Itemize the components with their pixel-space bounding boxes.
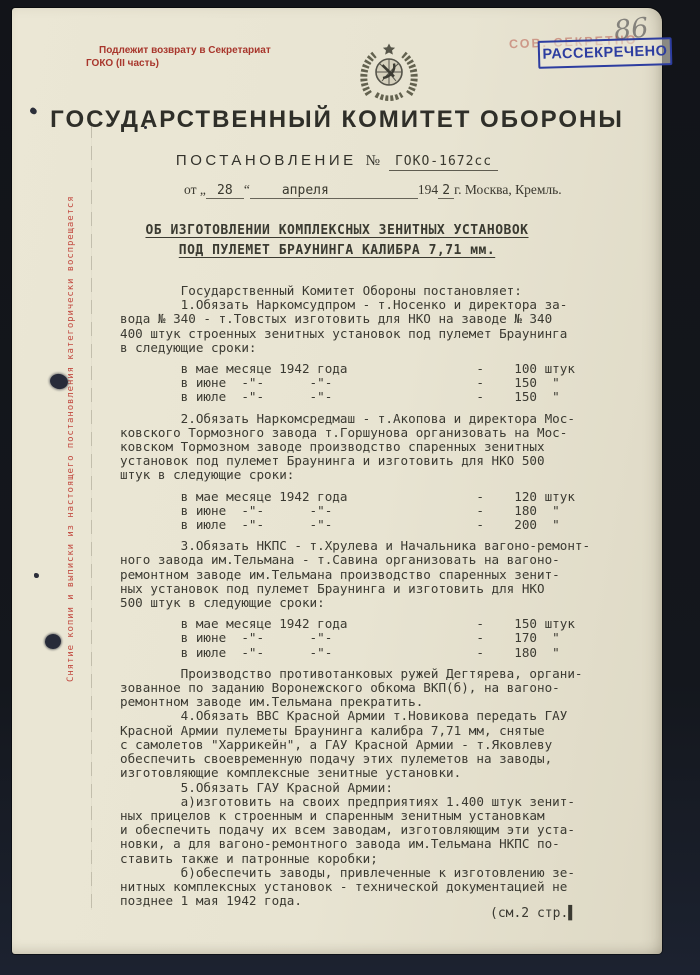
doc-type-label: ПОСТАНОВЛЕНИЕ xyxy=(176,152,357,169)
declassified-stamp: РАССЕКРЕЧЕНО xyxy=(538,37,673,69)
return-to-secretariat-stamp: Подлежит возврату в Секретариат ГОКО (II… xyxy=(86,44,306,70)
date-line: от „ 28 “ апреля 194 2 г. Москва, Кремль… xyxy=(184,182,562,199)
see-next-page-note: (см.2 стр.▌ xyxy=(490,906,576,921)
date-place-suffix: г. Москва, Кремль. xyxy=(454,182,562,198)
ussr-coat-of-arms-icon xyxy=(356,42,422,108)
date-month-value: апреля xyxy=(250,183,418,199)
punch-hole-bottom xyxy=(44,633,62,650)
schedule-plant-340: в мае месяце 1942 года - 100 штук в июне… xyxy=(120,362,630,405)
no-copying-margin-note: Снятие копии и выписки из настоящего пос… xyxy=(66,196,81,682)
year-typed-digit: 2 xyxy=(438,183,454,199)
body-intro: Государственный Комитет Обороны постанов… xyxy=(120,284,630,298)
schedule-telman-plant: в мае месяце 1942 года - 150 штук в июне… xyxy=(120,617,630,660)
decree-body: Государственный Комитет Обороны постанов… xyxy=(120,284,630,908)
number-sign: № xyxy=(366,153,380,170)
paragraph-3: 3.Обязать НКПС - т.Хрулева и Начальника … xyxy=(120,539,630,610)
decree-subject-heading: ОБ ИЗГОТОВЛЕНИИ КОМПЛЕКСНЫХ ЗЕНИТНЫХ УСТ… xyxy=(12,221,662,261)
ink-speck xyxy=(34,573,39,578)
ink-speck xyxy=(144,126,147,129)
paragraph-2: 2.Обязать Наркомсредмаш - т.Акопова и ди… xyxy=(120,412,630,483)
document-page: Подлежит возврату в Секретариат ГОКО (II… xyxy=(12,8,662,954)
return-stamp-line2: ГОКО (II часть) xyxy=(86,57,306,70)
paragraph-4: Производство противотанковых ружей Дегтя… xyxy=(120,667,630,710)
paragraph-1: 1.Обязать Наркомсудпром - т.Носенко и ди… xyxy=(120,298,630,355)
return-stamp-line1: Подлежит возврату в Секретариат xyxy=(86,44,306,57)
year-printed: 194 xyxy=(418,182,438,198)
paragraph-6a: а)изготовить на своих предприятиях 1.400… xyxy=(120,795,630,866)
date-prefix: от xyxy=(184,182,196,198)
subject-line1: ОБ ИЗГОТОВЛЕНИИ КОМПЛЕКСНЫХ ЗЕНИТНЫХ УСТ… xyxy=(145,223,528,238)
decree-number-value: ГОКО-1672сс xyxy=(389,154,498,171)
subject-line2: ПОД ПУЛЕМЕТ БРАУНИНГА КАЛИБРА 7,71 мм. xyxy=(179,243,495,258)
paragraph-5: 4.Обязать ВВС Красной Армии т.Новикова п… xyxy=(120,709,630,780)
paragraph-6b: б)обеспечить заводы, привлеченные к изго… xyxy=(120,866,630,909)
date-day-value: 28 xyxy=(206,183,244,199)
decree-number-line: ПОСТАНОВЛЕНИЕ № ГОКО-1672сс xyxy=(12,152,662,171)
schedule-moscow-brake-plant: в мае месяце 1942 года - 120 штук в июне… xyxy=(120,490,630,533)
organization-title: ГОСУДАРСТВЕННЫЙ КОМИТЕТ ОБОРОНЫ xyxy=(12,106,662,134)
paragraph-6: 5.Обязать ГАУ Красной Армии: xyxy=(120,781,630,795)
